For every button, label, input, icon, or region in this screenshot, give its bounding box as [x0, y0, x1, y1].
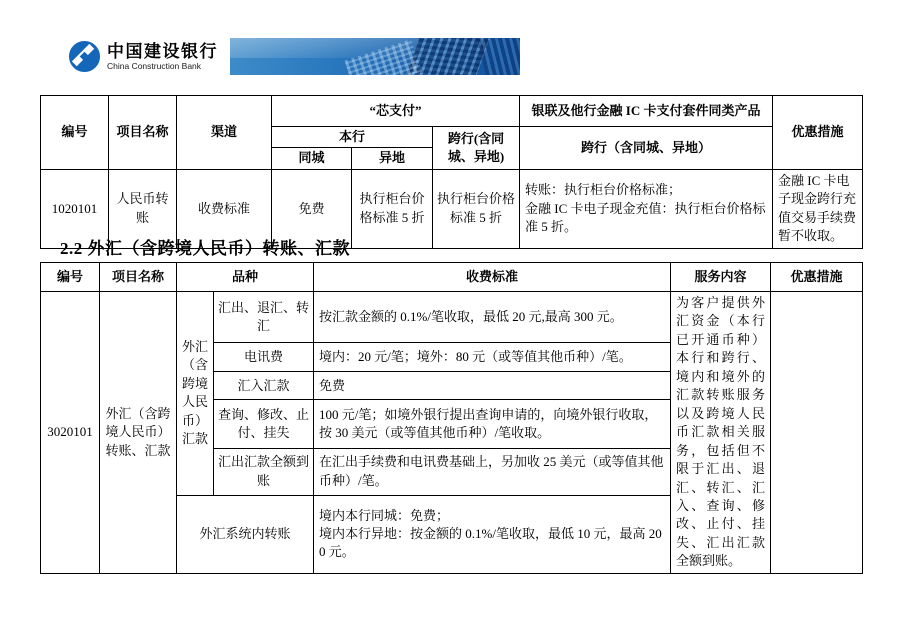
t2-cell-variety: 汇出、退汇、转汇	[214, 292, 314, 343]
t2-cell-system-variety: 外汇系统内转账	[177, 495, 314, 573]
document-page: 中国建设银行 China Construction Bank 编号 项目名称 渠…	[0, 0, 902, 637]
banner-building-shape	[477, 38, 520, 75]
bank-logo-block: 中国建设银行 China Construction Bank	[68, 38, 230, 75]
t2-header-id: 编号	[41, 263, 100, 292]
t2-cell-fee: 100 元/笔；如境外银行提出查询申请的，向境外银行收取，按 30 美元（或等值…	[314, 400, 671, 449]
forex-transfer-table: 编号 项目名称 品种 收费标准 服务内容 优惠措施 3020101 外汇（含跨境…	[40, 262, 863, 574]
bank-name: 中国建设银行 China Construction Bank	[107, 43, 218, 71]
t2-header-discount: 优惠措施	[771, 263, 863, 292]
t2-cell-id: 3020101	[41, 292, 100, 574]
t2-cell-project-name: 外汇（含跨境人民币）转账、汇款	[100, 292, 177, 574]
t1-cell-discount: 金融 IC 卡电子现金跨行充值交易手续费暂不收取。	[773, 169, 863, 248]
table-row: 3020101 外汇（含跨境人民币）转账、汇款 外汇（含跨境人民币）汇款 汇出、…	[41, 292, 863, 343]
t1-header-name: 项目名称	[109, 96, 177, 170]
t1-header-remote: 异地	[352, 148, 433, 169]
t2-cell-variety: 查询、修改、止付、挂失	[214, 400, 314, 449]
t2-system-fee-line2: 境内本行异地：按金额的 0.1%/笔收取，最低 10 元，最高 200 元。	[319, 525, 665, 562]
t2-cell-fee: 按汇款金额的 0.1%/笔收取，最低 20 元,最高 300 元。	[314, 292, 671, 343]
t2-header-service: 服务内容	[671, 263, 771, 292]
t1-header-cross-chip: 跨行(含同城、异地)	[433, 127, 520, 170]
bank-name-en: China Construction Bank	[107, 61, 218, 71]
t2-cell-system-fee: 境内本行同城：免费； 境内本行异地：按金额的 0.1%/笔收取，最低 10 元，…	[314, 495, 671, 573]
t2-header-variety: 品种	[177, 263, 314, 292]
t2-cell-variety: 电讯费	[214, 342, 314, 371]
t1-header-chip-pay: “芯支付”	[272, 96, 520, 127]
t2-system-fee-line1: 境内本行同城：免费；	[319, 507, 665, 525]
t2-header-name: 项目名称	[100, 263, 177, 292]
ccb-logo-icon	[68, 40, 101, 73]
header-banner-image	[230, 38, 520, 75]
t2-cell-discount	[771, 292, 863, 574]
t1-cell-cross-chip: 执行柜台价格标准 5 折	[433, 169, 520, 248]
t1-header-own-bank: 本行	[272, 127, 433, 148]
t2-cell-variety-group: 外汇（含跨境人民币）汇款	[177, 292, 214, 496]
t1-cell-cross-ic: 转账：执行柜台价格标准； 金融 IC 卡电子现金充值：执行柜台价格标准 5 折。	[520, 169, 773, 248]
banner-lattice-shape	[344, 39, 421, 75]
t1-header-local: 同城	[272, 148, 352, 169]
bank-name-cn: 中国建设银行	[107, 43, 218, 61]
t2-header-fee: 收费标准	[314, 263, 671, 292]
t2-cell-variety: 汇出汇款全额到账	[214, 449, 314, 496]
t1-cell-remote: 执行柜台价格标准 5 折	[352, 169, 433, 248]
t1-header-ic-products: 银联及他行金融 IC 卡支付套件同类产品	[520, 96, 773, 127]
t1-header-cross-ic: 跨行（含同城、异地）	[520, 127, 773, 170]
section-title: 2.2 外汇（含跨境人民币）转账、汇款	[60, 234, 350, 259]
rmb-transfer-table: 编号 项目名称 渠道 “芯支付” 银联及他行金融 IC 卡支付套件同类产品 优惠…	[40, 95, 863, 249]
t1-header-channel: 渠道	[177, 96, 272, 170]
t1-cross-ic-line1: 转账：执行柜台价格标准；	[525, 181, 767, 199]
t1-cross-ic-line2: 金融 IC 卡电子现金充值：执行柜台价格标准 5 折。	[525, 200, 767, 237]
t2-cell-fee: 在汇出手续费和电讯费基础上，另加收 25 美元（或等值其他币种）/笔。	[314, 449, 671, 496]
t2-cell-fee: 免费	[314, 372, 671, 400]
t2-cell-service: 为客户提供外汇资金（本行已开通币种）本行和跨行、境内和境外的汇款转账服务以及跨境…	[671, 292, 771, 574]
bank-header: 中国建设银行 China Construction Bank	[68, 38, 520, 75]
t1-header-discount: 优惠措施	[773, 96, 863, 170]
t2-cell-fee: 境内：20 元/笔；境外：80 元（或等值其他币种）/笔。	[314, 342, 671, 371]
t2-cell-variety: 汇入汇款	[214, 372, 314, 400]
t1-header-id: 编号	[41, 96, 109, 170]
